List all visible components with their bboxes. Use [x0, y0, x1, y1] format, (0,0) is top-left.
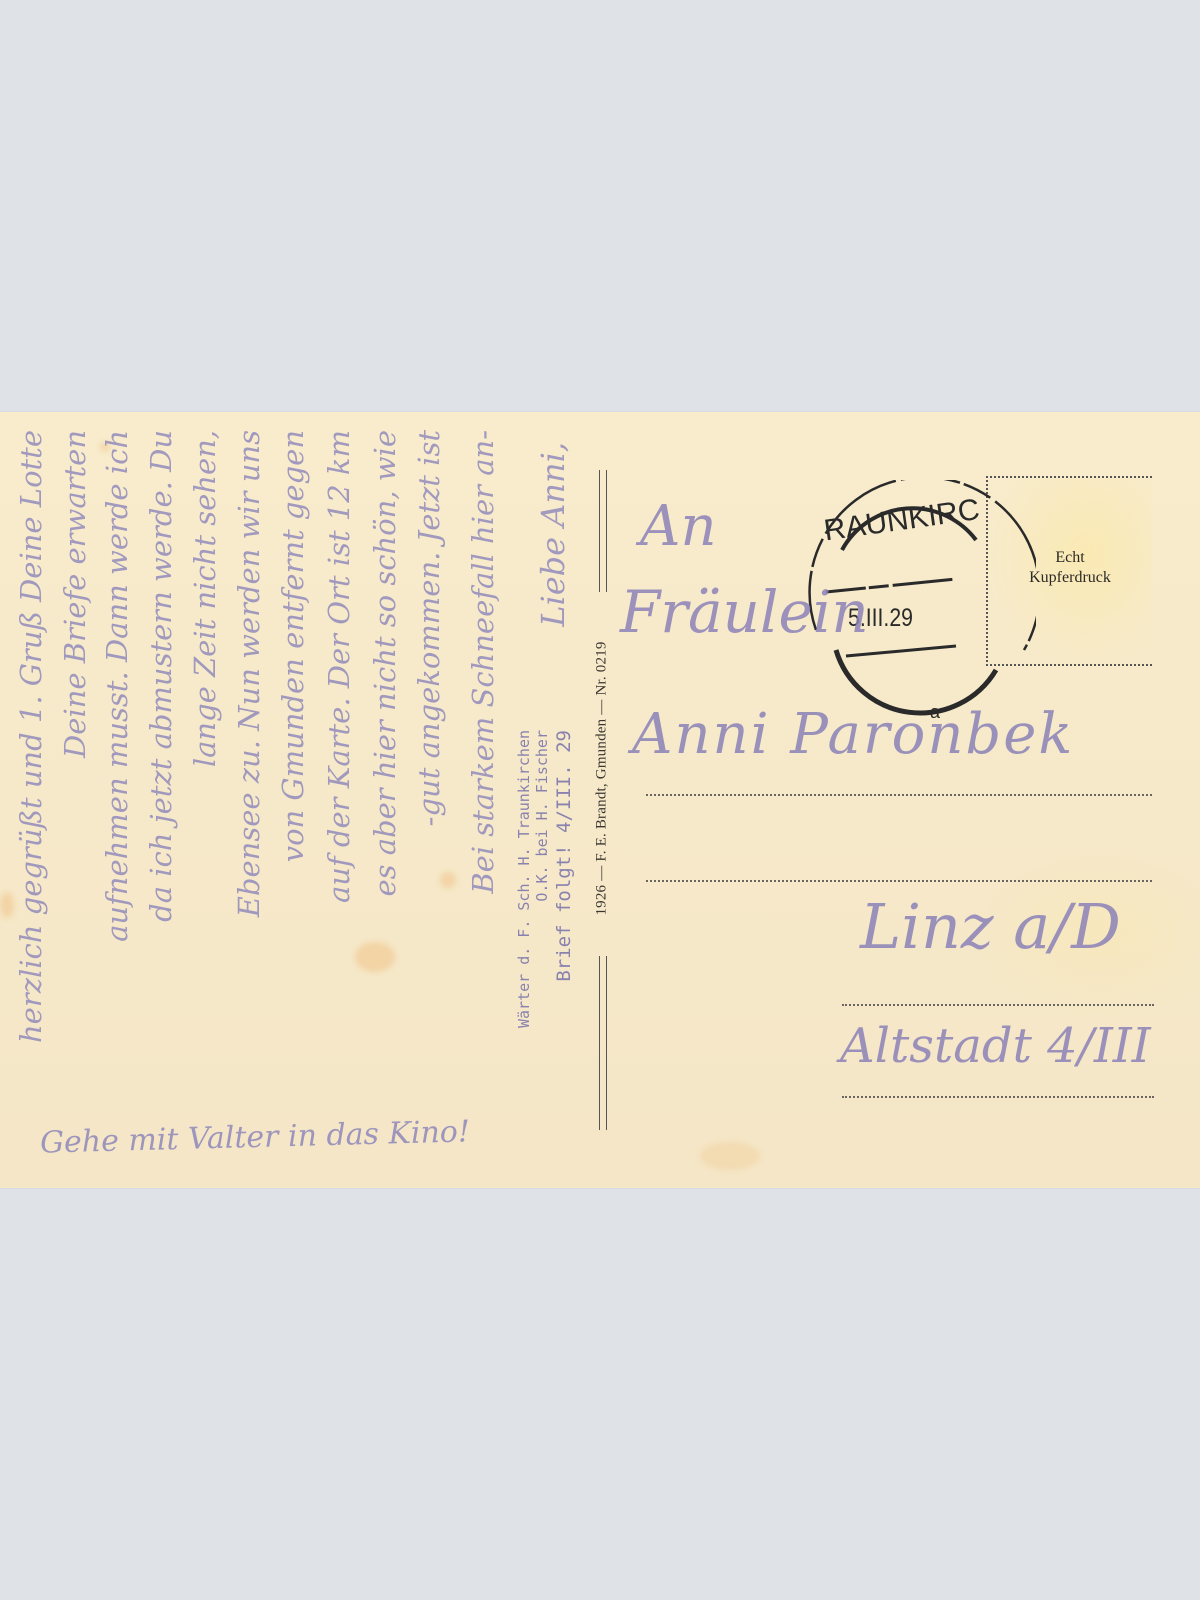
address-line	[842, 1004, 1154, 1006]
address-name: Anni Paronbek	[632, 702, 1074, 767]
center-divider: 1926 — F. E. Brandt, Gmunden — Nr. 0219	[596, 470, 610, 1130]
address-line	[842, 1096, 1154, 1098]
message-line: es aber hier nicht so schön, wie	[368, 430, 402, 897]
publisher-imprint: 1926 — F. E. Brandt, Gmunden — Nr. 0219	[594, 599, 611, 959]
message-line: -gut angekommen. Jetzt ist	[412, 430, 446, 826]
message-greeting: Liebe Anni,	[536, 442, 570, 627]
header-note-address-2: Wärter d. F. Sch. H. Traunkirchen	[516, 730, 533, 1028]
address-salutation: An	[640, 494, 717, 559]
postcard: Liebe Anni, Brief folgt! 4/III. 29 O.K. …	[0, 412, 1200, 1188]
address-city: Linz a/D	[860, 890, 1121, 963]
message-line: Ebensee zu. Nun werden wir uns	[232, 430, 266, 917]
message-line: auf der Karte. Der Ort ist 12 km	[322, 430, 356, 903]
divider-rule	[599, 956, 607, 1130]
header-note-date: Brief folgt! 4/III. 29	[556, 730, 573, 982]
message-line: von Gmunden entfernt gegen	[276, 430, 310, 862]
message-line: lange Zeit nicht sehen,	[188, 430, 222, 767]
message-area: Liebe Anni, Brief folgt! 4/III. 29 O.K. …	[0, 412, 600, 1188]
divider-rule	[599, 470, 607, 592]
message-line: da ich jetzt abmustern werde. Du	[144, 430, 178, 922]
stain	[700, 1142, 760, 1170]
address-title: Fräulein	[620, 578, 869, 646]
address-street: Altstadt 4/III	[840, 1018, 1151, 1074]
message-line: Deine Briefe erwarten	[58, 430, 92, 758]
message-footer: Gehe mit Valter in das Kino!	[40, 1114, 471, 1160]
message-line: aufnehmen musst. Dann werde ich	[100, 430, 134, 942]
message-line: herzlich gegrüßt und 1. Gruß Deine Lotte	[14, 430, 48, 1043]
address-line	[646, 880, 1152, 882]
svg-text:RAUNKIRC: RAUNKIRC	[822, 493, 982, 547]
message-line: Bei starkem Schneefall hier an-	[466, 430, 500, 894]
address-line	[646, 794, 1152, 796]
header-note-address-1: O.K. bei H. Fischer	[534, 730, 551, 902]
